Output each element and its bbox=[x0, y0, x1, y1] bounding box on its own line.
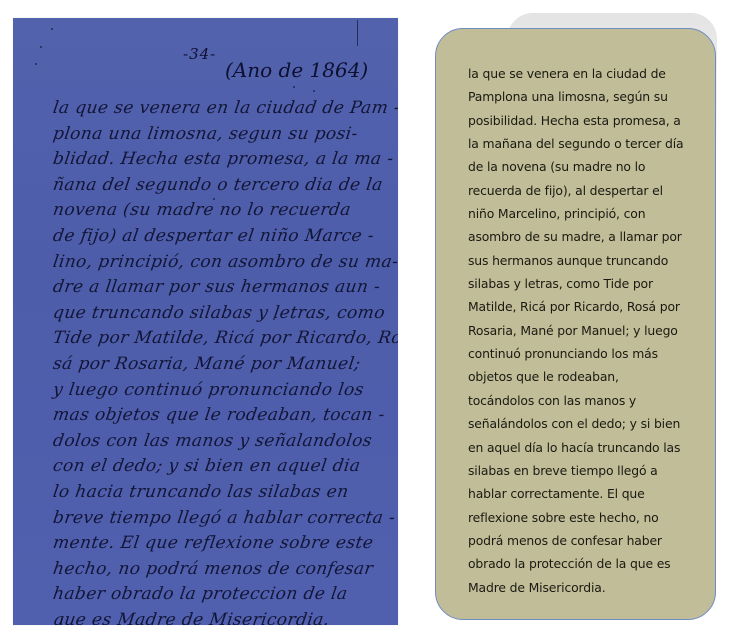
ink-speck bbox=[51, 28, 53, 30]
transcription-line: la mañana del segundo o tercer día bbox=[468, 132, 713, 155]
handwritten-line: novena (su madre no lo recuerda bbox=[51, 198, 395, 224]
handwritten-line: sá por Rosaria, Mané por Manuel; bbox=[51, 352, 395, 378]
handwritten-line: blidad. Hecha esta promesa, a la ma - bbox=[51, 147, 395, 173]
ink-speck bbox=[35, 63, 37, 65]
margin-rule bbox=[357, 20, 358, 46]
transcription-line: recuerda de fijo), al despertar el bbox=[468, 179, 713, 202]
transcription-line: podrá menos de confesar haber bbox=[468, 529, 713, 552]
handwritten-line: ñana del segundo o tercero dia de la bbox=[51, 173, 395, 199]
handwritten-line: plona una limosna, segun su posi- bbox=[51, 122, 395, 148]
transcription-line: objetos que le rodeaban, bbox=[468, 365, 713, 388]
transcription-line: silabas en breve tiempo llegó a bbox=[468, 459, 713, 482]
transcription-line: de la novena (su madre no lo bbox=[468, 155, 713, 178]
handwritten-line: breve tiempo llegó a hablar correcta - bbox=[51, 506, 395, 532]
transcription-card: la que se venera en la ciudad de Pamplon… bbox=[435, 28, 716, 620]
handwritten-line: haber obrado la proteccion de la bbox=[51, 582, 395, 608]
transcription-line: continuó pronunciando los más bbox=[468, 342, 713, 365]
ink-speck bbox=[313, 90, 315, 92]
transcription-line: hablar correctamente. El que bbox=[468, 482, 713, 505]
handwritten-line: lino, principió, con asombro de su ma- bbox=[51, 250, 395, 276]
transcription-line: posibilidad. Hecha esta promesa, a bbox=[468, 109, 713, 132]
handwritten-line: mente. El que reflexione sobre este bbox=[51, 531, 395, 557]
ink-speck bbox=[293, 86, 295, 88]
transcription-line: Pamplona una limosna, según su bbox=[468, 85, 713, 108]
handwritten-line: lo hacia truncando las silabas en bbox=[51, 480, 395, 506]
transcription-line: sus hermanos aunque truncando bbox=[468, 249, 713, 272]
transcription-line: señalándolos con el dedo; y si bien bbox=[468, 412, 713, 435]
handwritten-line: hecho, no podrá menos de confesar bbox=[51, 557, 395, 583]
transcription-line: Madre de Misericordia. bbox=[468, 576, 713, 599]
handwritten-line: mas objetos que le rodeaban, tocan - bbox=[51, 403, 395, 429]
transcription-line: asombro de su madre, a llamar por bbox=[468, 225, 713, 248]
handwritten-line: de fijo) al despertar el niño Marce - bbox=[51, 224, 395, 250]
transcription-text: la que se venera en la ciudad de Pamplon… bbox=[468, 62, 713, 599]
page-number: -34- bbox=[183, 45, 216, 63]
transcription-line: Rosaria, Mané por Manuel; y luego bbox=[468, 319, 713, 342]
handwritten-line: que truncando silabas y letras, como bbox=[51, 301, 395, 327]
handwritten-text: la que se venera en la ciudad de Pam - p… bbox=[53, 96, 393, 625]
handwritten-line: la que se venera en la ciudad de Pam - bbox=[51, 96, 395, 122]
transcription-line: niño Marcelino, principió, con bbox=[468, 202, 713, 225]
transcription-line: Matilde, Ricá por Ricardo, Rosá por bbox=[468, 295, 713, 318]
handwritten-line: dre a llamar por sus hermanos aun - bbox=[51, 275, 395, 301]
handwritten-line: y luego continuó pronunciando los bbox=[51, 378, 395, 404]
manuscript-scan: -34- (Ano de 1864) la que se venera en l… bbox=[13, 18, 398, 625]
transcription-line: en aquel día lo hacía truncando las bbox=[468, 436, 713, 459]
handwritten-line: Tide por Matilde, Ricá por Ricardo, Ro- bbox=[51, 326, 395, 352]
handwritten-line: que es Madre de Misericordia. bbox=[51, 608, 395, 625]
transcription-line: obrado la protección de la que es bbox=[468, 552, 713, 575]
handwritten-line: con el dedo; y si bien en aquel dia bbox=[51, 454, 395, 480]
year-annotation: (Ano de 1864) bbox=[225, 58, 368, 82]
ink-speck bbox=[40, 46, 42, 48]
transcription-line: reflexione sobre este hecho, no bbox=[468, 506, 713, 529]
transcription-line: tocándolos con las manos y bbox=[468, 389, 713, 412]
transcription-line: silabas y letras, como Tide por bbox=[468, 272, 713, 295]
transcription-line: la que se venera en la ciudad de bbox=[468, 62, 713, 85]
handwritten-line: dolos con las manos y señalandolos bbox=[51, 429, 395, 455]
